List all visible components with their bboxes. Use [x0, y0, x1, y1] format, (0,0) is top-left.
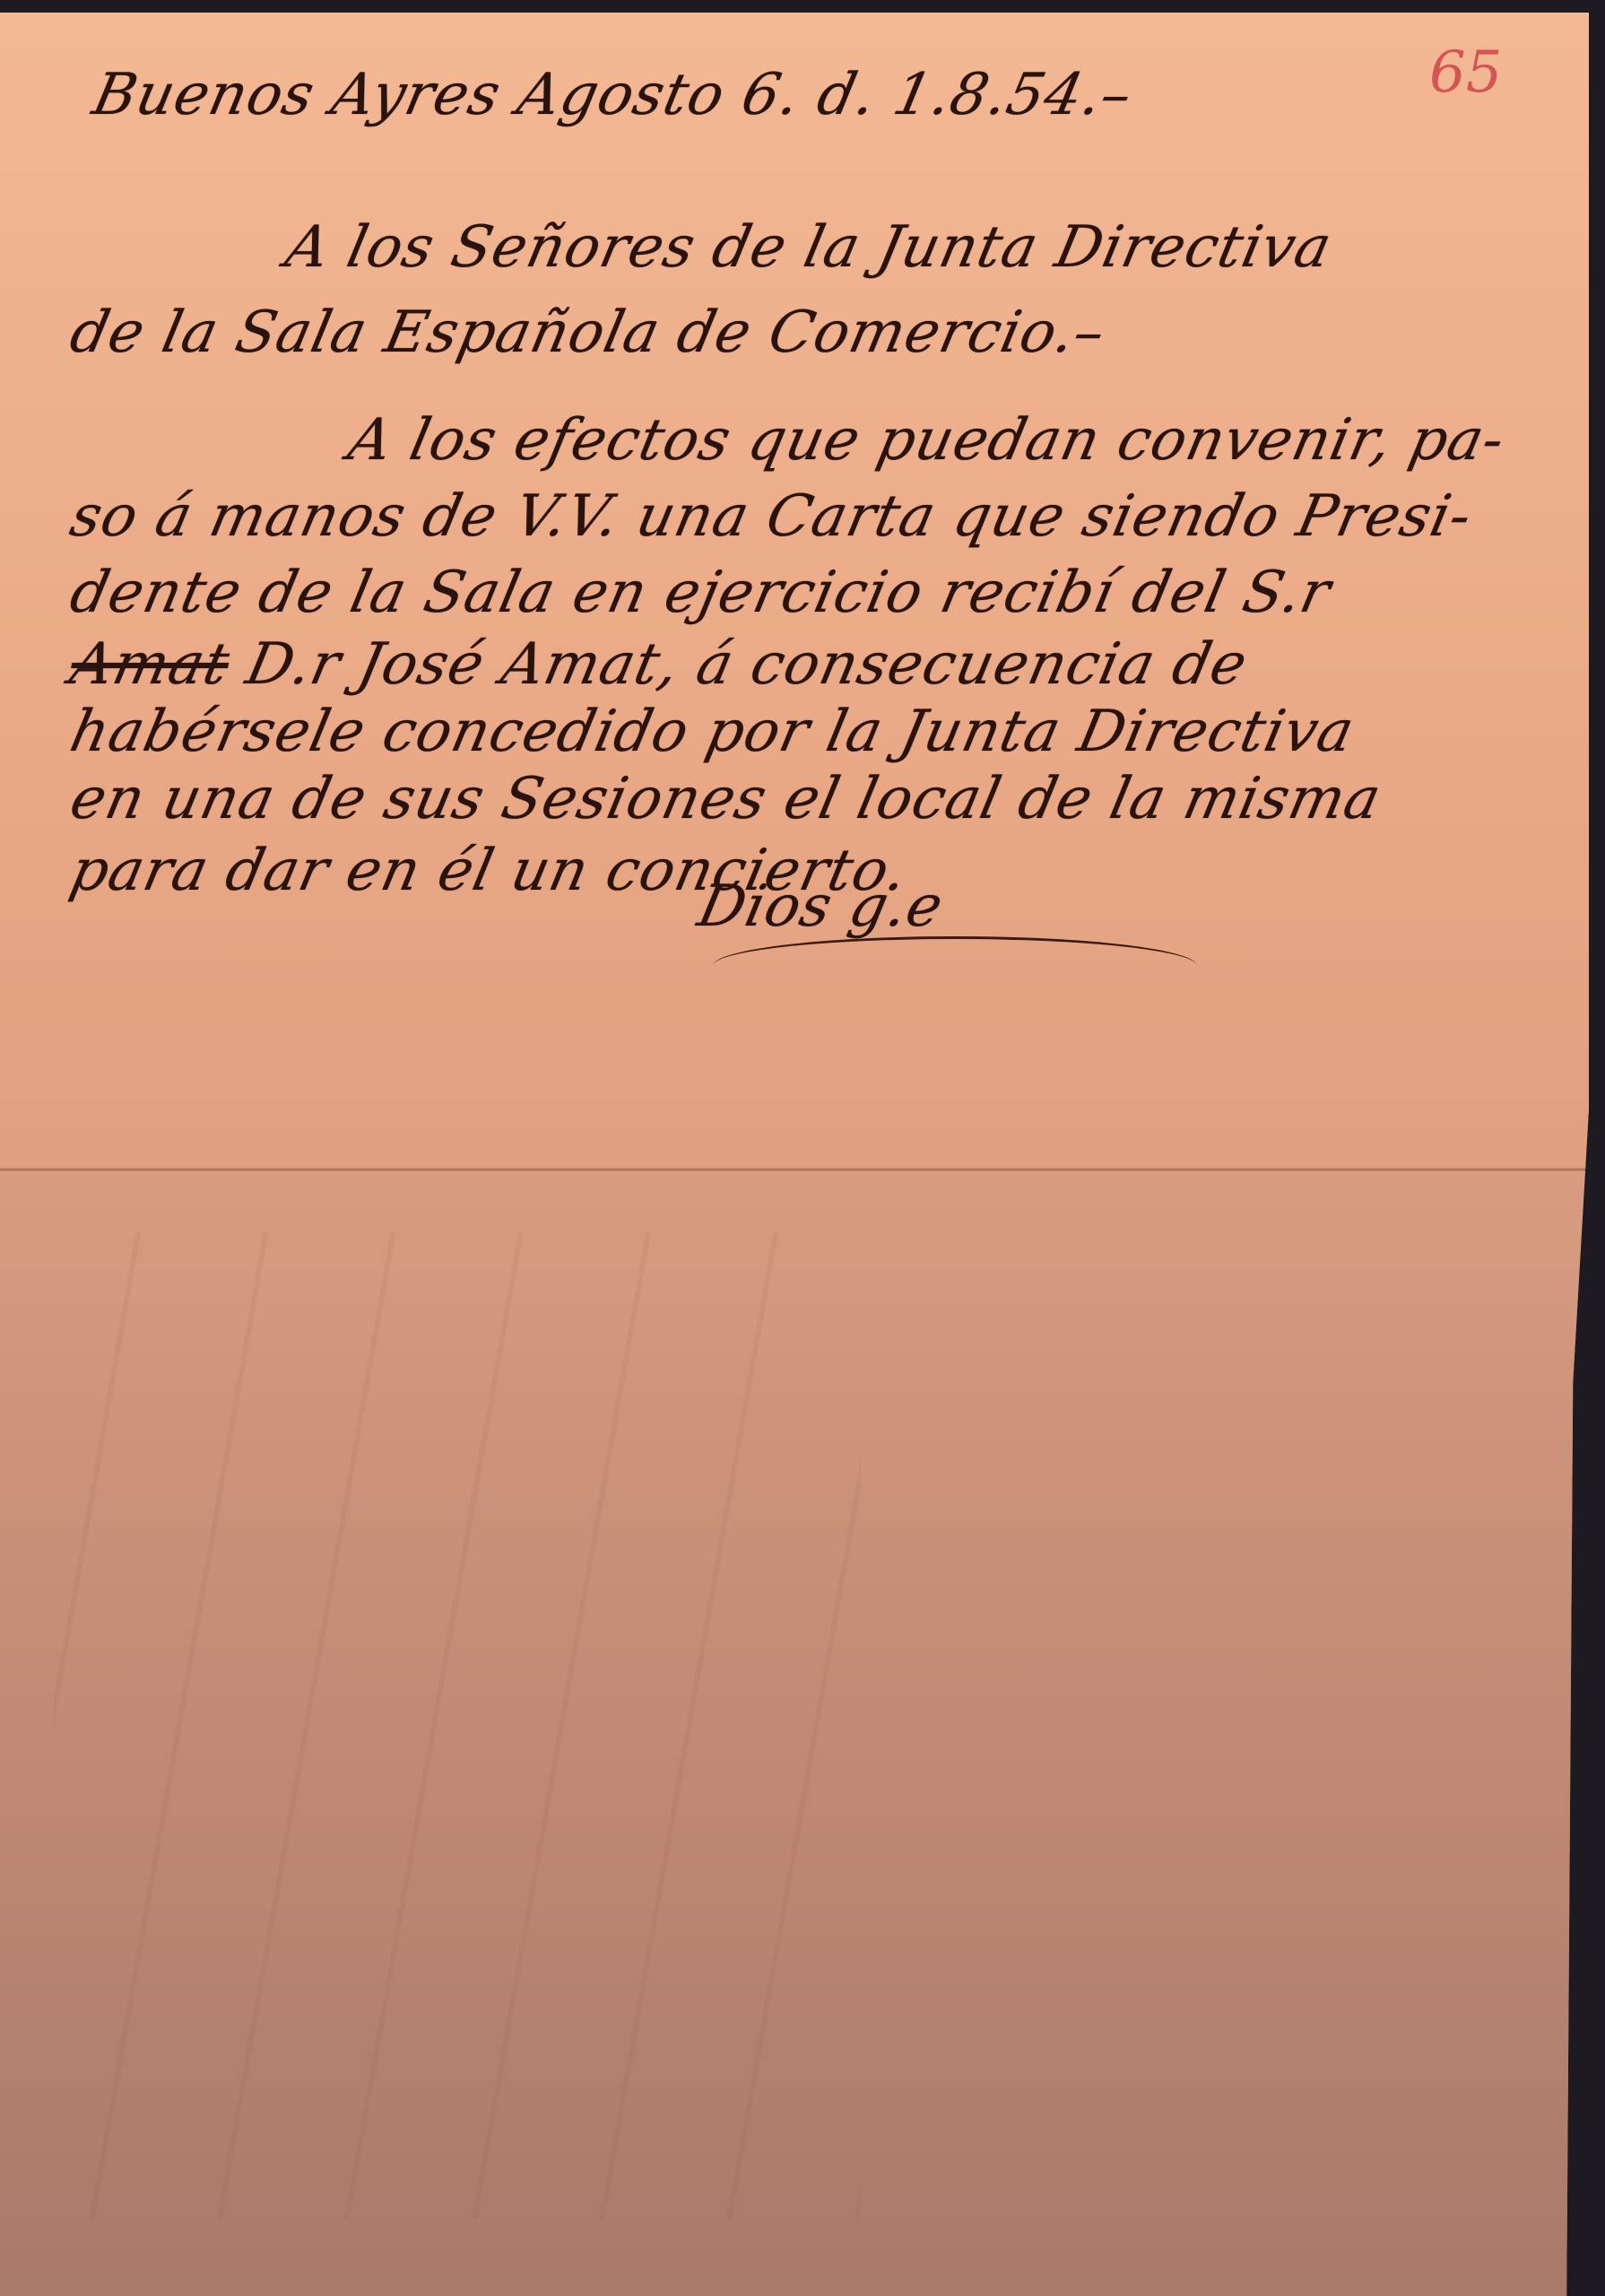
body-line-4: Amat D.r José Amat, á consecuencia de: [65, 631, 1254, 698]
body-line-1: A los efectos que puedan convenir, pa-: [343, 407, 1511, 474]
body-line-2: so á manos de V.V. una Carta que siendo …: [65, 483, 1478, 550]
salutation-line-1: A los Señores de la Junta Directiva: [280, 214, 1338, 281]
struck-word: Amat: [65, 631, 236, 698]
ink-bleed-through: [54, 1232, 861, 2219]
salutation-line-2: de la Sala Española de Comercio.–: [65, 300, 1111, 366]
body-line-6: en una de sus Sesiones el local de la mi…: [65, 766, 1387, 832]
letter-sheet: 65 Buenos Ayres Agosto 6. d. 1.8.54.– A …: [0, 13, 1589, 2296]
body-line-4-text: D.r José Amat, á consecuencia de: [240, 631, 1253, 698]
dateline: Buenos Ayres Agosto 6. d. 1.8.54.–: [87, 62, 1138, 128]
folio-number: 65: [1429, 39, 1502, 106]
closing-formula: Dios g.e: [692, 874, 949, 940]
body-line-3: dente de la Sala en ejercicio recibí del…: [65, 560, 1337, 626]
fold-crease: [0, 1168, 1589, 1171]
body-line-5: habérsele concedido por la Junta Directi…: [65, 699, 1360, 765]
